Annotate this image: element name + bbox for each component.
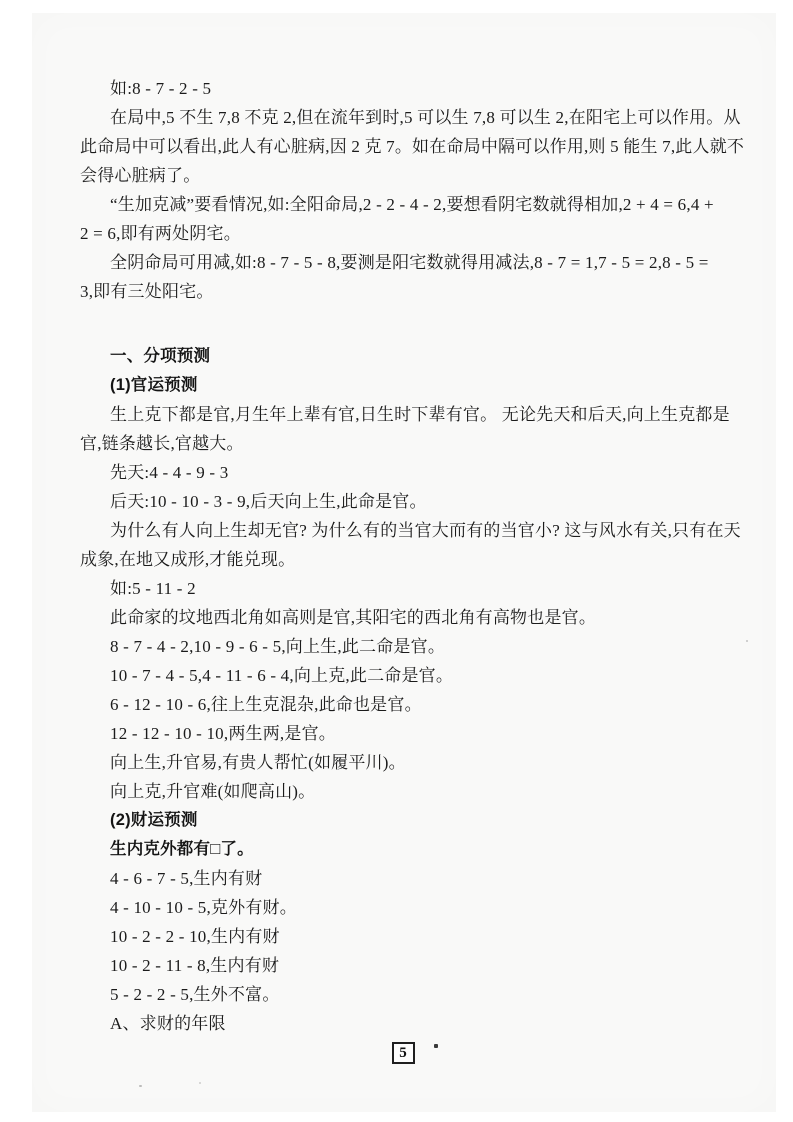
page-number-container: 5	[80, 1042, 716, 1064]
text-line: 官,链条越长,官越大。	[80, 429, 716, 458]
text-line: 后天:10 - 10 - 3 - 9,后天向上生,此命是官。	[80, 487, 716, 516]
scan-speck	[135, 641, 137, 643]
text-line: 生上克下都是官,月生年上辈有官,日生时下辈有官。 无论先天和后天,向上生克都是	[80, 400, 716, 429]
text-line: 此命局中可以看出,此人有心脏病,因 2 克 7。如在命局中隔可以作用,则 5 能…	[80, 132, 716, 161]
text-line: 会得心脏病了。	[80, 161, 716, 190]
text-line: 10 - 2 - 11 - 8,生内有财	[80, 951, 716, 980]
text-line: 为什么有人向上生却无官? 为什么有的当官大而有的当官小? 这与风水有关,只有在天	[80, 516, 716, 545]
text-line: 2 = 6,即有两处阴宅。	[80, 219, 716, 248]
text-line: 如:8 - 7 - 2 - 5	[80, 74, 716, 103]
text-line: 先天:4 - 4 - 9 - 3	[80, 458, 716, 487]
page-content: 如:8 - 7 - 2 - 5在局中,5 不生 7,8 不克 2,但在流年到时,…	[80, 74, 716, 1038]
text-line: 5 - 2 - 2 - 5,生外不富。	[80, 980, 716, 1009]
text-line: 向上生,升官易,有贵人帮忙(如履平川)。	[80, 748, 716, 777]
scanned-page: 如:8 - 7 - 2 - 5在局中,5 不生 7,8 不克 2,但在流年到时,…	[32, 13, 776, 1112]
text-line: 成象,在地又成形,才能兑现。	[80, 545, 716, 574]
text-line: 4 - 6 - 7 - 5,生内有财	[80, 864, 716, 893]
page-number: 5	[392, 1042, 415, 1064]
text-line: 全阴命局可用减,如:8 - 7 - 5 - 8,要测是阳宅数就得用减法,8 - …	[80, 248, 716, 277]
text-line: 4 - 10 - 10 - 5,克外有财。	[80, 893, 716, 922]
scan-speck	[434, 1044, 438, 1048]
text-line: 如:5 - 11 - 2	[80, 574, 716, 603]
text-line: 此命家的坟地西北角如高则是官,其阳宅的西北角有高物也是官。	[80, 603, 716, 632]
text-line: A、求财的年限	[80, 1009, 716, 1038]
scan-speck	[746, 640, 748, 642]
text-line: 3,即有三处阳宅。	[80, 277, 716, 306]
text-line: 10 - 7 - 4 - 5,4 - 11 - 6 - 4,向上克,此二命是官。	[80, 661, 716, 690]
text-line: “生加克减”要看情况,如:全阳命局,2 - 2 - 4 - 2,要想看阴宅数就得…	[80, 190, 716, 219]
text-line: 向上克,升官难(如爬高山)。	[80, 777, 716, 806]
text-line: (1)官运预测	[80, 371, 716, 400]
text-line: 12 - 12 - 10 - 10,两生两,是官。	[80, 719, 716, 748]
scan-speck	[199, 1082, 201, 1084]
text-line: (2)财运预测	[80, 806, 716, 835]
scan-speck	[139, 1085, 142, 1087]
text-line: 一、分项预测	[80, 342, 716, 371]
text-line: 在局中,5 不生 7,8 不克 2,但在流年到时,5 可以生 7,8 可以生 2…	[80, 103, 716, 132]
text-line: 8 - 7 - 4 - 2,10 - 9 - 6 - 5,向上生,此二命是官。	[80, 632, 716, 661]
text-line: 6 - 12 - 10 - 6,往上生克混杂,此命也是官。	[80, 690, 716, 719]
text-line: 生内克外都有□了。	[80, 835, 716, 864]
text-line: 10 - 2 - 2 - 10,生内有财	[80, 922, 716, 951]
